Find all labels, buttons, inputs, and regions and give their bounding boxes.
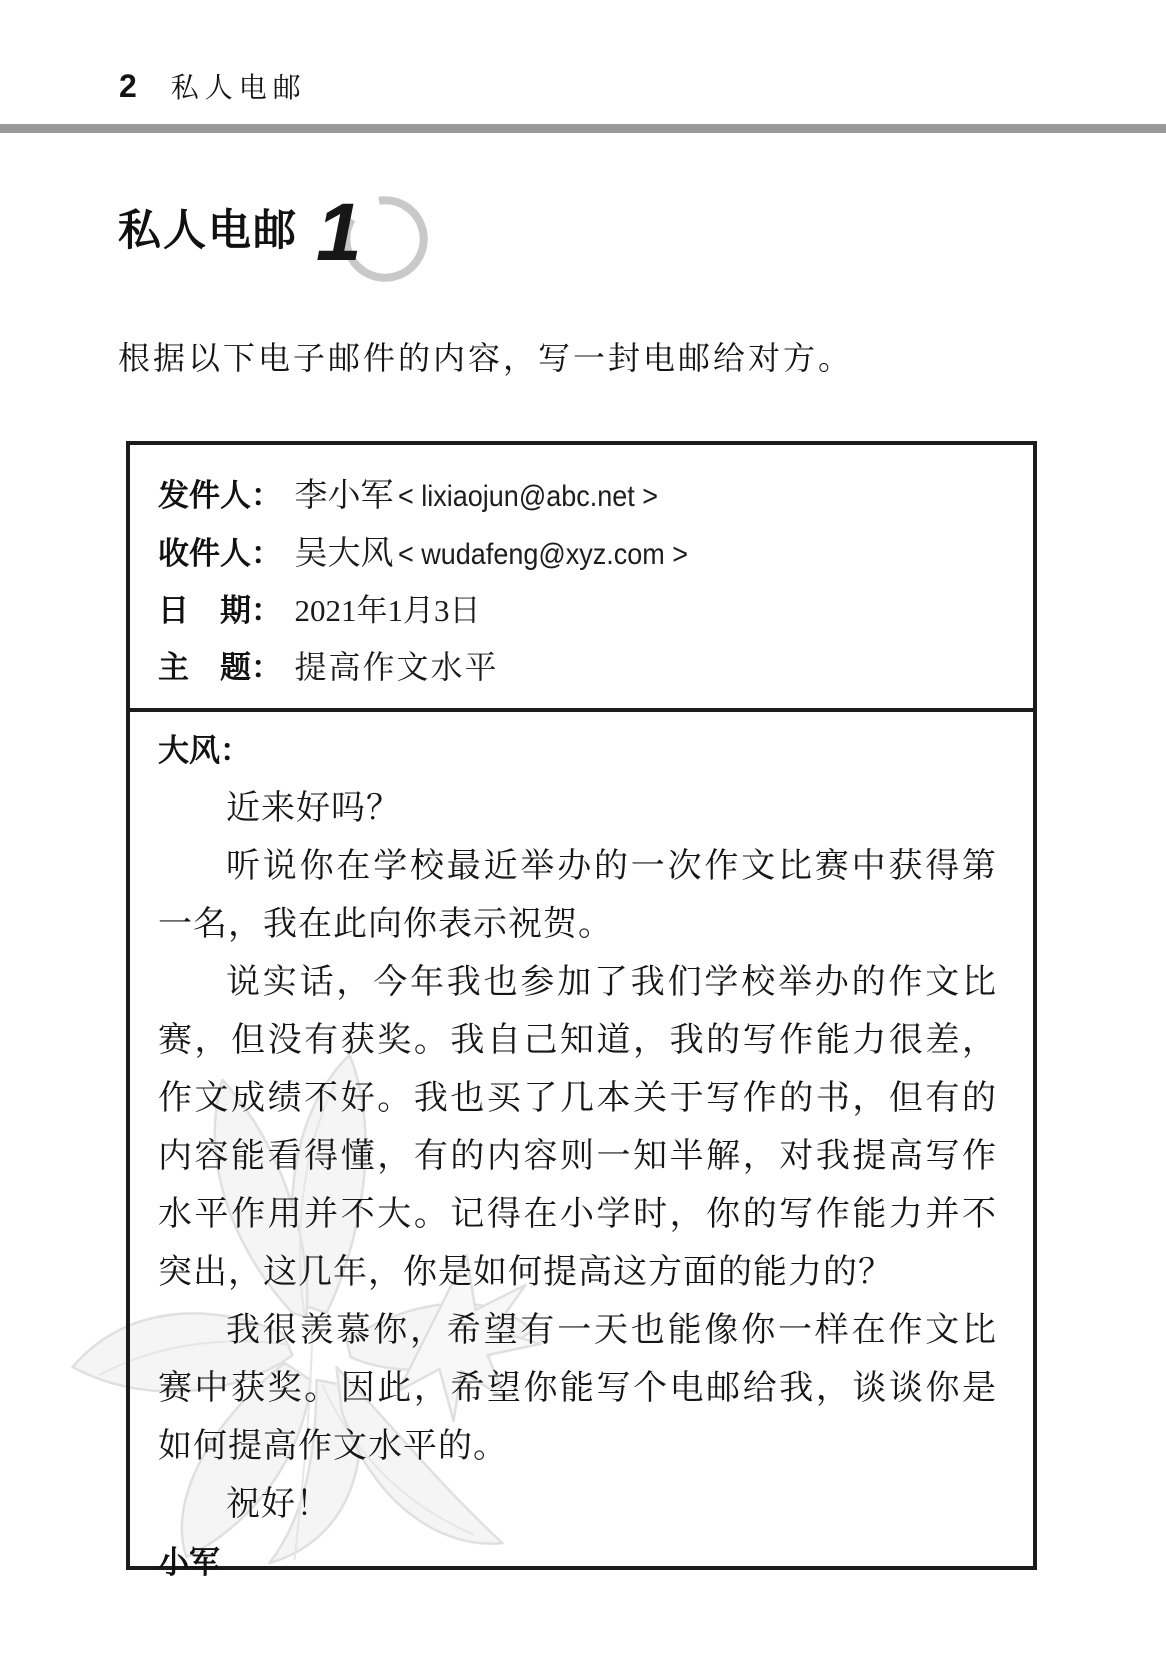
to-label: 收件人： xyxy=(158,536,282,571)
running-chapter-title: 私人电邮 xyxy=(171,75,307,103)
email-meta: 发件人： 李小军 < lixiaojun@abc.net > 收件人： 吴大风 … xyxy=(130,445,1033,708)
body-line: 水平作用并不大。记得在小学时，你的写作能力并不 xyxy=(158,1186,997,1244)
body-line: 祝好！ xyxy=(158,1476,997,1534)
body-line: 赛中获奖。因此，希望你能写个电邮给我，谈谈你是 xyxy=(158,1360,997,1418)
email-body: 大风： 近来好吗？ 听说你在学校最近举办的一次作文比赛中获得第 一名，我在此向你… xyxy=(130,708,1033,1592)
page-number: 2 xyxy=(119,70,137,102)
body-line: 赛，但没有获奖。我自己知道，我的写作能力很差， xyxy=(158,1012,997,1070)
exercise-number-badge: 1 xyxy=(316,192,446,292)
to-address: < wudafeng@xyz.com > xyxy=(398,538,688,572)
body-line: 近来好吗？ xyxy=(158,780,997,838)
header-divider-bar xyxy=(0,124,1166,133)
salutation: 大风： xyxy=(158,722,997,780)
body-line: 作文成绩不好。我也买了几本关于写作的书，但有的 xyxy=(158,1070,997,1128)
email-date-row: 日 期： 2021年1月3日 xyxy=(158,585,997,642)
email-to-row: 收件人： 吴大风 < wudafeng@xyz.com > xyxy=(158,527,997,585)
body-line: 一名，我在此向你表示祝贺。 xyxy=(158,896,997,954)
section-heading: 私人电邮 1 xyxy=(118,192,446,292)
body-line: 说实话，今年我也参加了我们学校举办的作文比 xyxy=(158,954,997,1012)
date-label: 日 期： xyxy=(158,593,282,628)
to-name: 吴大风 xyxy=(294,536,393,572)
body-line: 内容能看得懂，有的内容则一知半解，对我提高写作 xyxy=(158,1128,997,1186)
email-subject-row: 主 题： 提高作文水平 xyxy=(158,642,997,699)
email-from-row: 发件人： 李小军 < lixiaojun@abc.net > xyxy=(158,469,997,527)
exercise-number: 1 xyxy=(316,192,362,274)
from-label: 发件人： xyxy=(158,478,282,513)
body-line: 突出，这几年，你是如何提高这方面的能力的？ xyxy=(158,1244,997,1302)
email-frame: 发件人： 李小军 < lixiaojun@abc.net > 收件人： 吴大风 … xyxy=(126,441,1037,1570)
from-address: < lixiaojun@abc.net > xyxy=(398,480,658,514)
body-line: 听说你在学校最近举办的一次作文比赛中获得第 xyxy=(158,838,997,896)
signature: 小军 xyxy=(158,1534,997,1592)
book-page: 2 私人电邮 私人电邮 1 根据以下电子邮件的内容，写一封电邮给对方。 xyxy=(0,0,1166,1654)
task-instruction: 根据以下电子邮件的内容，写一封电邮给对方。 xyxy=(118,338,853,380)
body-line: 我很羡慕你，希望有一天也能像你一样在作文比 xyxy=(158,1302,997,1360)
subject-label: 主 题： xyxy=(158,650,282,685)
running-head: 2 私人电邮 xyxy=(119,70,307,103)
from-name: 李小军 xyxy=(294,478,393,514)
subject-value: 提高作文水平 xyxy=(294,649,498,685)
body-line: 如何提高作文水平的。 xyxy=(158,1418,997,1476)
section-title: 私人电邮 xyxy=(118,206,298,258)
date-value: 2021年1月3日 xyxy=(294,593,480,628)
